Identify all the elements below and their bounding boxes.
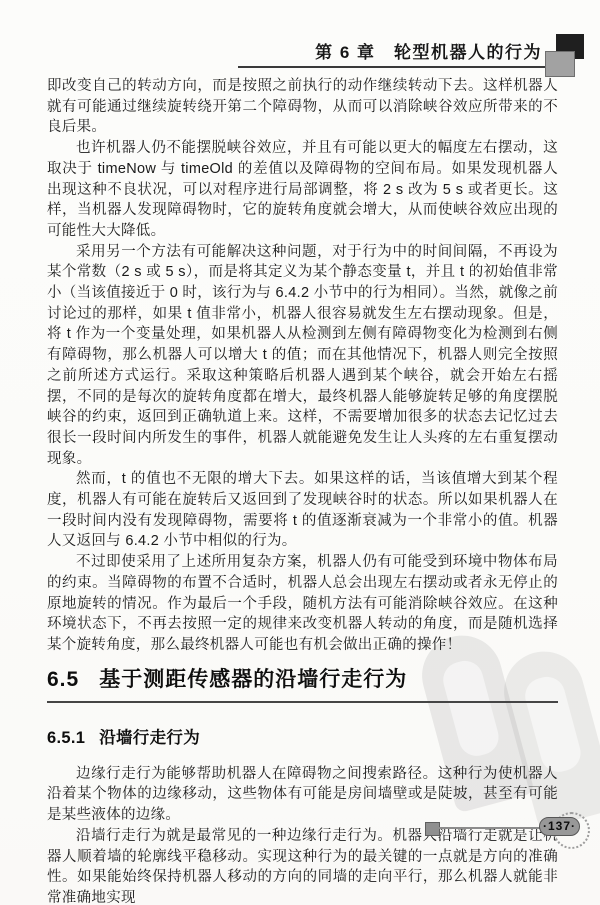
header-deco-gray-square (545, 51, 575, 77)
page-number-badge: ·137· (539, 817, 580, 836)
section-number: 6.5 (47, 668, 79, 691)
paragraph-continuation: 即改变自己的转动方向，而是按照之前执行的动作继续转动下去。这样机器人就有可能通过… (47, 76, 558, 138)
footer-square-deco (425, 822, 440, 836)
paragraph: 不过即使采用了上述所用复杂方案，机器人仍有可能受到环境中物体布局的约束。当障碍物… (47, 552, 558, 656)
subsection-title: 沿墙行走行为 (99, 729, 200, 747)
section-heading: 6.5基于测距传感器的沿墙行走行为 (47, 666, 558, 694)
subsection-heading: 6.5.1沿墙行走行为 (47, 727, 558, 749)
book-page: 第 6 章 轮型机器人的行为 即改变自己的转动方向，而是按照之前执行的动作继续转… (0, 0, 600, 905)
subsection-number: 6.5.1 (47, 729, 85, 747)
footer-rule (439, 827, 542, 829)
paragraph: 边缘行走行为能够帮助机器人在障碍物之间搜索路径。这种行为使机器人沿着某个物体的边… (47, 764, 558, 826)
page-body: 即改变自己的转动方向，而是按照之前执行的动作继续转动下去。这样机器人就有可能通过… (47, 76, 558, 905)
paragraph: 也许机器人仍不能摆脱峡谷效应，并且有可能以更大的幅度左右摆动，这取决于 time… (47, 138, 558, 242)
section-title: 基于测距传感器的沿墙行走行为 (99, 668, 407, 691)
paragraph: 沿墙行走行为就是最常见的一种边缘行走行为。机器人沿墙行走就是让机器人顺着墙的轮廓… (47, 826, 558, 905)
paragraph: 然而，t 的值也不无限的增大下去。如果这样的话，当该值增大到某个程度，机器人有可… (47, 469, 558, 552)
header-rule (238, 66, 554, 68)
chapter-header: 第 6 章 轮型机器人的行为 (315, 38, 542, 63)
paragraph: 采用另一个方法有可能解决这种问题，对于行为中的时间间隔，不再设为某个常数（2 s… (47, 242, 558, 470)
section-rule (47, 701, 558, 703)
